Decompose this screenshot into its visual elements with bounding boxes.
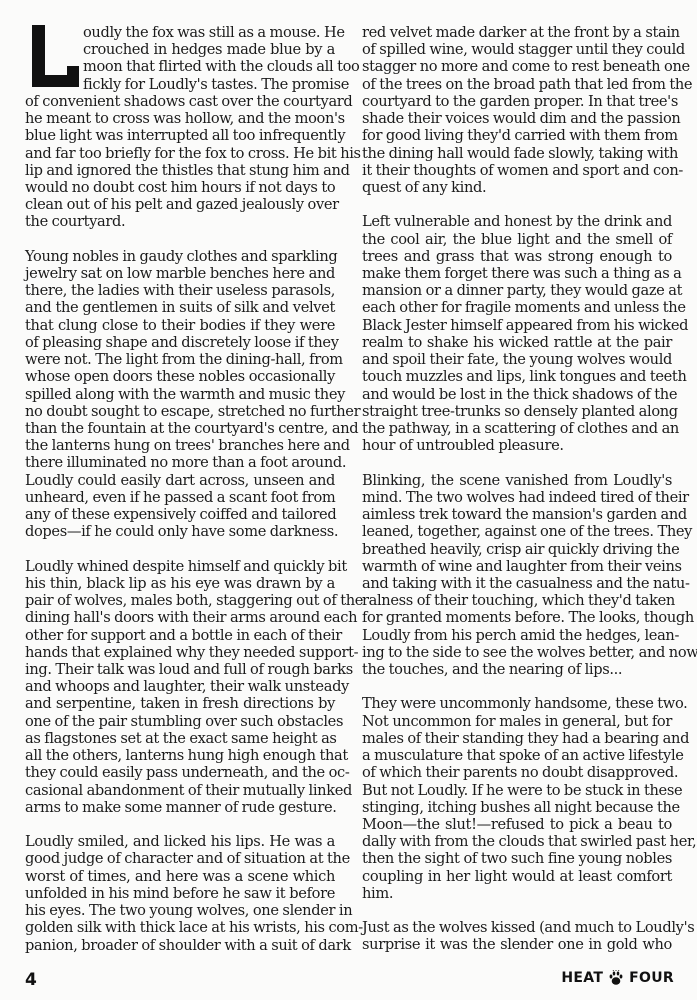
- text-line: than the fountain at the courtyard's cen…: [25, 420, 335, 437]
- brand-word-right: FOUR: [629, 970, 674, 986]
- text-line: and the gentlemen in suits of silk and v…: [25, 299, 335, 316]
- text-line: mind. The two wolves had indeed tired of…: [362, 489, 672, 506]
- text-line: hands that explained why they needed sup…: [25, 644, 335, 661]
- text-line: of which their parents no doubt disappro…: [362, 764, 672, 781]
- text-line: stagger no more and come to rest beneath…: [362, 58, 672, 75]
- text-line: other for support and a bottle in each o…: [25, 627, 335, 644]
- right-column: red velvet made darker at the front by a…: [362, 24, 672, 971]
- text-line: worst of times, and here was a scene whi…: [25, 868, 335, 885]
- text-line: aimless trek toward the mansion's garden…: [362, 506, 672, 523]
- text-line: courtyard to the garden proper. In that …: [362, 93, 672, 110]
- text-line: Just as the wolves kissed (and much to L…: [362, 919, 672, 936]
- text-line: Young nobles in gaudy clothes and sparkl…: [25, 248, 335, 265]
- text-line: each other for fragile moments and unles…: [362, 299, 672, 316]
- text-line: oudly the fox was still as a mouse. He: [83, 24, 335, 41]
- text-line: dining hall's doors with their arms arou…: [25, 609, 335, 626]
- text-line: the pathway, in a scattering of clothes …: [362, 420, 672, 437]
- text-line: he meant to cross was hollow, and the mo…: [25, 110, 335, 127]
- text-line: But not Loudly. If he were to be stuck i…: [362, 782, 672, 799]
- text-line: Loudly could easily dart across, unseen …: [25, 472, 335, 489]
- text-line: golden silk with thick lace at his wrist…: [25, 919, 335, 936]
- text-line: Not uncommon for males in general, but f…: [362, 713, 672, 730]
- text-line: jewelry sat on low marble benches here a…: [25, 265, 335, 282]
- paragraph: Loudly whined despite himself and quickl…: [25, 558, 335, 816]
- text-line: and whoops and laughter, their walk unst…: [25, 678, 335, 695]
- text-line: Loudly smiled, and licked his lips. He w…: [25, 833, 335, 850]
- paragraph: red velvet made darker at the front by a…: [362, 24, 672, 196]
- paragraph: They were uncommonly handsome, these two…: [362, 695, 672, 902]
- text-line: one of the pair stumbling over such obst…: [25, 713, 335, 730]
- text-line: breathed heavily, crisp air quickly driv…: [362, 541, 672, 558]
- text-line: good judge of character and of situation…: [25, 850, 335, 867]
- text-line: pair of wolves, males both, staggering o…: [25, 592, 335, 609]
- text-line: casional abandonment of their mutually l…: [25, 782, 335, 799]
- text-line: and would be lost in the thick shadows o…: [362, 386, 672, 403]
- text-line: moon that flirted with the clouds all to…: [83, 58, 335, 75]
- text-line: fickly for Loudly's tastes. The promise: [83, 76, 335, 93]
- text-line: make them forget there was such a thing …: [362, 265, 672, 282]
- text-line: Moon—the slut!—refused to pick a beau to: [362, 816, 672, 833]
- text-line: and spoil their fate, the young wolves w…: [362, 351, 672, 368]
- text-line: arms to make some manner of rude gesture…: [25, 799, 335, 816]
- text-line: dally with from the clouds that swirled …: [362, 833, 672, 850]
- text-line: the dining hall would fade slowly, takin…: [362, 145, 672, 162]
- paragraph: Loudly smiled, and licked his lips. He w…: [25, 833, 335, 954]
- text-line: Loudly from his perch amid the hedges, l…: [362, 627, 672, 644]
- text-line: would no doubt cost him hours if not day…: [25, 179, 335, 196]
- text-line: whose open doors these nobles occasional…: [25, 368, 335, 385]
- text-line: Blinking, the scene vanished from Loudly…: [362, 472, 672, 489]
- text-line: Loudly whined despite himself and quickl…: [25, 558, 335, 575]
- text-line: realm to shake his wicked rattle at the …: [362, 334, 672, 351]
- text-line: that clung close to their bodies if they…: [25, 317, 335, 334]
- magazine-page: oudly the fox was still as a mouse. He c…: [0, 0, 697, 1000]
- paragraph: Left vulnerable and honest by the drink …: [362, 213, 672, 454]
- text-line: dopes—if he could only have some darknes…: [25, 523, 335, 540]
- drop-cap-letter-l: [32, 25, 79, 87]
- text-line: they could easily pass underneath, and t…: [25, 764, 335, 781]
- text-line: his eyes. The two young wolves, one slen…: [25, 902, 335, 919]
- drop-cap: [32, 25, 79, 87]
- text-line: clean out of his pelt and gazed jealousl…: [25, 196, 335, 213]
- paragraph: Young nobles in gaudy clothes and sparkl…: [25, 248, 335, 541]
- page-number: 4: [25, 970, 36, 990]
- paragraph: Just as the wolves kissed (and much to L…: [362, 919, 672, 953]
- text-line: all the others, lanterns hung high enoug…: [25, 747, 335, 764]
- text-line: there, the ladies with their useless par…: [25, 282, 335, 299]
- text-line: hour of untroubled pleasure.: [362, 437, 672, 454]
- text-line: and far too briefly for the fox to cross…: [25, 145, 335, 162]
- brand-word-left: HEAT: [561, 970, 603, 986]
- text-line: any of these expensively coiffed and tai…: [25, 506, 335, 523]
- text-line: crouched in hedges made blue by a: [83, 41, 335, 58]
- text-line: warmth of wine and laughter from their v…: [362, 558, 672, 575]
- text-line: unheard, even if he passed a scant foot …: [25, 489, 335, 506]
- text-line: ing to the side to see the wolves better…: [362, 644, 672, 661]
- text-line: of the trees on the broad path that led …: [362, 76, 672, 93]
- text-line: red velvet made darker at the front by a…: [362, 24, 672, 41]
- text-line: ing. Their talk was loud and full of rou…: [25, 661, 335, 678]
- text-line: lip and ignored the thistles that stung …: [25, 162, 335, 179]
- text-line: mansion or a dinner party, they would ga…: [362, 282, 672, 299]
- text-line: Black Jester himself appeared from his w…: [362, 317, 672, 334]
- text-line: then the sight of two such fine young no…: [362, 850, 672, 867]
- text-line: shade their voices would dim and the pas…: [362, 110, 672, 127]
- text-line: the courtyard.: [25, 213, 335, 230]
- text-line: straight tree-trunks so densely planted …: [362, 403, 672, 420]
- text-line: him.: [362, 885, 672, 902]
- text-line: and serpentine, taken in fresh direction…: [25, 695, 335, 712]
- text-line: unfolded in his mind before he saw it be…: [25, 885, 335, 902]
- text-line: his thin, black lip as his eye was drawn…: [25, 575, 335, 592]
- text-line: were not. The light from the dining-hall…: [25, 351, 335, 368]
- paragraph: Blinking, the scene vanished from Loudly…: [362, 472, 672, 679]
- text-line: the cool air, the blue light and the sme…: [362, 231, 672, 248]
- text-line: a musculature that spoke of an active li…: [362, 747, 672, 764]
- text-line: panion, broader of shoulder with a suit …: [25, 937, 335, 954]
- text-line: the lanterns hung on trees' branches her…: [25, 437, 335, 454]
- text-line: leaned, together, against one of the tre…: [362, 523, 672, 540]
- text-line: it their thoughts of women and sport and…: [362, 162, 672, 179]
- text-line: of pleasing shape and discretely loose i…: [25, 334, 335, 351]
- text-line: males of their standing they had a beari…: [362, 730, 672, 747]
- text-line: ralness of their touching, which they'd …: [362, 592, 672, 609]
- text-line: stinging, itching bushes all night becau…: [362, 799, 672, 816]
- text-line: the touches, and the nearing of lips...: [362, 661, 672, 678]
- text-line: trees and grass that was strong enough t…: [362, 248, 672, 265]
- text-line: surprise it was the slender one in gold …: [362, 936, 672, 953]
- text-line: Left vulnerable and honest by the drink …: [362, 213, 672, 230]
- text-line: there illuminated no more than a foot ar…: [25, 454, 335, 471]
- text-line: for good living they'd carried with them…: [362, 127, 672, 144]
- text-line: of spilled wine, would stagger until the…: [362, 41, 672, 58]
- text-line: spilled along with the warmth and music …: [25, 386, 335, 403]
- text-line: quest of any kind.: [362, 179, 672, 196]
- text-line: for granted moments before. The looks, t…: [362, 609, 672, 626]
- left-column: oudly the fox was still as a mouse. He c…: [25, 24, 335, 971]
- text-line: They were uncommonly handsome, these two…: [362, 695, 672, 712]
- paw-print-icon: [609, 970, 623, 986]
- text-line: and taking with it the casualness and th…: [362, 575, 672, 592]
- text-line: coupling in her light would at least com…: [362, 868, 672, 885]
- magazine-brand: HEAT FOUR: [561, 970, 674, 986]
- text-line: as flagstones set at the exact same heig…: [25, 730, 335, 747]
- text-line: touch muzzles and lips, link tongues and…: [362, 368, 672, 385]
- text-line: of convenient shadows cast over the cour…: [25, 93, 335, 110]
- text-line: no doubt sought to escape, stretched no …: [25, 403, 335, 420]
- text-line: blue light was interrupted all too infre…: [25, 127, 335, 144]
